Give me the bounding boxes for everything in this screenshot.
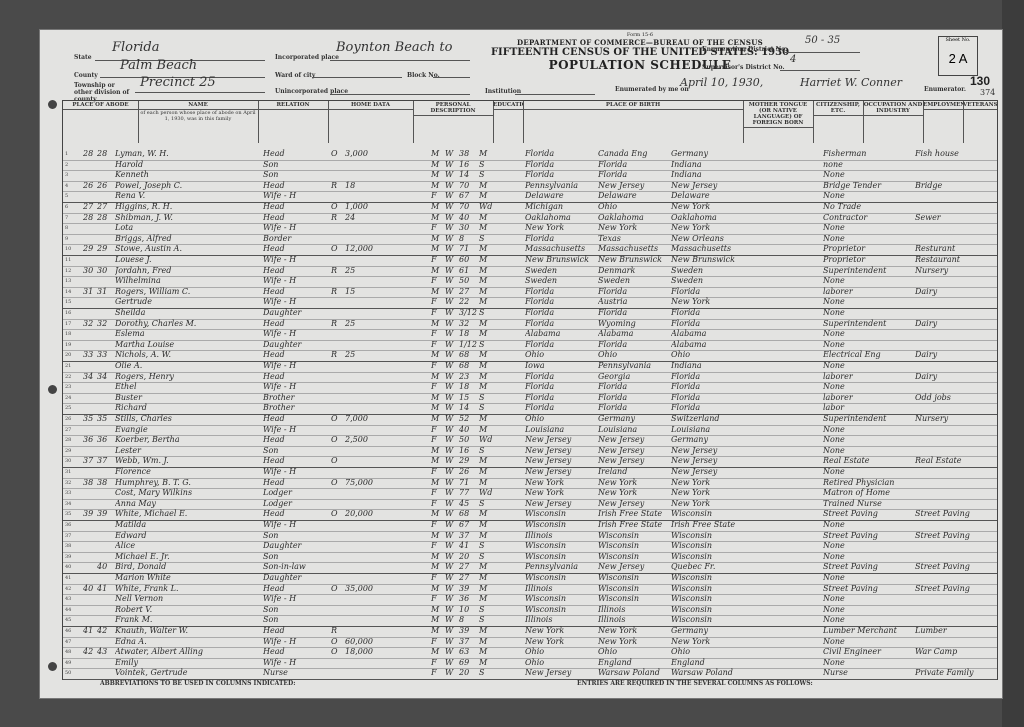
cell-fbp: Ohio <box>598 647 668 658</box>
cell-n: 38 <box>65 541 75 552</box>
cell-race: W <box>445 297 457 308</box>
cell-dw <box>83 562 95 573</box>
cell-name: Alice <box>115 541 255 552</box>
sheet-label: Sheet No. <box>939 37 977 43</box>
cell-occ: laborer <box>823 393 913 404</box>
cell-own <box>331 297 343 308</box>
sheet-value: 2 A <box>939 51 977 66</box>
cell-sex: F <box>431 276 443 287</box>
cell-age: 16 <box>459 160 477 171</box>
cell-age: 37 <box>459 637 477 648</box>
cell-dw: 39 <box>83 509 95 520</box>
cell-bp: Massachusetts <box>525 244 595 255</box>
cell-ind: Private Family <box>915 668 975 679</box>
cell-dw: 31 <box>83 287 95 298</box>
cell-n: 3 <box>65 170 75 181</box>
cell-ms: M <box>479 658 493 669</box>
page-number: 130 <box>970 74 990 88</box>
cell-fam <box>97 531 111 542</box>
cell-ms: M <box>479 425 493 436</box>
cell-ind <box>915 467 975 478</box>
cell-sex: F <box>431 191 443 202</box>
cell-name: Martha Louise <box>115 340 255 351</box>
cell-n: 45 <box>65 615 75 626</box>
cell-bp: Alabama <box>525 329 595 340</box>
cell-own <box>331 668 343 679</box>
cell-ms: Wd <box>479 488 493 499</box>
cell-bp: Florida <box>525 160 595 171</box>
cell-occ: Superintendent <box>823 319 913 330</box>
cell-fam: 28 <box>97 213 111 224</box>
cell-ms: M <box>479 647 493 658</box>
cell-race: W <box>445 541 457 552</box>
cell-occ: None <box>823 340 913 351</box>
cell-n: 5 <box>65 191 75 202</box>
cell-name: Kenneth <box>115 170 255 181</box>
cell-n: 39 <box>65 552 75 563</box>
cell-sex: F <box>431 382 443 393</box>
cell-age: 8 <box>459 615 477 626</box>
cell-n: 25 <box>65 403 75 414</box>
cell-race: W <box>445 244 457 255</box>
cell-bp: New Jersey <box>525 668 595 679</box>
cell-val <box>345 626 385 637</box>
cell-val: 25 <box>345 266 385 277</box>
cell-own <box>331 393 343 404</box>
cell-sex: M <box>431 562 443 573</box>
cell-mbp: New York <box>671 223 741 234</box>
cell-occ: None <box>823 223 913 234</box>
cell-mbp: Louisiana <box>671 425 741 436</box>
cell-bp: New York <box>525 637 595 648</box>
cell-val <box>345 340 385 351</box>
cell-name: Matilda <box>115 520 255 531</box>
cell-n: 10 <box>65 244 75 255</box>
cell-ms: M <box>479 255 493 266</box>
cell-ms: S <box>479 340 493 351</box>
cell-dw <box>83 297 95 308</box>
cell-ms: S <box>479 552 493 563</box>
census-table: PLACE OF ABODE NAMEof each person whose … <box>62 100 998 680</box>
cell-age: 37 <box>459 531 477 542</box>
cell-val <box>345 541 385 552</box>
cell-n: 18 <box>65 329 75 340</box>
cell-sex: M <box>431 287 443 298</box>
cell-fam: 27 <box>97 202 111 213</box>
cell-age: 10 <box>459 605 477 616</box>
cell-name: Vointek, Gertrude <box>115 668 255 679</box>
cell-fam <box>97 160 111 171</box>
cell-occ: Electrical Eng <box>823 350 913 361</box>
cell-sex: F <box>431 297 443 308</box>
cell-dw <box>83 340 95 351</box>
cell-own <box>331 223 343 234</box>
cell-mbp: Wisconsin <box>671 594 741 605</box>
cell-bp: Michigan <box>525 202 595 213</box>
cell-bp: Florida <box>525 234 595 245</box>
cell-dw <box>83 499 95 510</box>
cell-ms: S <box>479 403 493 414</box>
cell-rel: Wife - H <box>263 520 323 531</box>
cell-bp: New York <box>525 223 595 234</box>
cell-n: 1 <box>65 149 75 160</box>
cell-mbp: Indiana <box>671 160 741 171</box>
cell-ind: Fish house <box>915 149 975 160</box>
cell-dw <box>83 308 95 319</box>
cell-bp: Delaware <box>525 191 595 202</box>
cell-rel: Son <box>263 615 323 626</box>
cell-sex: M <box>431 160 443 171</box>
cell-age: 16 <box>459 446 477 457</box>
cell-mbp: Florida <box>671 308 741 319</box>
cell-ind <box>915 499 975 510</box>
cell-fbp: New Jersey <box>598 446 668 457</box>
cell-mbp: New Brunswick <box>671 255 741 266</box>
cell-occ: Fisherman <box>823 149 913 160</box>
cell-name: Cost, Mary Wilkins <box>115 488 255 499</box>
cell-val: 2,500 <box>345 435 385 446</box>
cell-dw: 37 <box>83 456 95 467</box>
cell-age: 50 <box>459 276 477 287</box>
cell-ms: M <box>479 372 493 383</box>
cell-name: Rogers, William C. <box>115 287 255 298</box>
cell-bp: Wisconsin <box>525 509 595 520</box>
cell-ms: M <box>479 414 493 425</box>
block-line <box>433 65 470 78</box>
cell-ms: S <box>479 499 493 510</box>
cell-ms: S <box>479 160 493 171</box>
cell-ind <box>915 615 975 626</box>
cell-ind: Dairy <box>915 372 975 383</box>
cell-sex: F <box>431 425 443 436</box>
cell-age: 50 <box>459 435 477 446</box>
cell-fam <box>97 255 111 266</box>
cell-ms: S <box>479 605 493 616</box>
punch-hole <box>48 385 57 394</box>
cell-val <box>345 308 385 319</box>
cell-sex: M <box>431 605 443 616</box>
cell-mbp: Alabama <box>671 329 741 340</box>
cell-bp: Wisconsin <box>525 594 595 605</box>
cell-fbp: New Jersey <box>598 181 668 192</box>
cell-occ: Civil Engineer <box>823 647 913 658</box>
cell-fbp: Massachusetts <box>598 244 668 255</box>
cell-name: Lester <box>115 446 255 457</box>
cell-age: 69 <box>459 658 477 669</box>
cell-race: W <box>445 509 457 520</box>
cell-name: Webb, Wm. J. <box>115 456 255 467</box>
cell-own <box>331 372 343 383</box>
cell-name: Emily <box>115 658 255 669</box>
cell-sex: M <box>431 403 443 414</box>
cell-dw: 36 <box>83 435 95 446</box>
cell-ind: Nursery <box>915 266 975 277</box>
enumerator-name: Harriet W. Conner <box>800 76 902 89</box>
cell-fam <box>97 191 111 202</box>
cell-fbp: New York <box>598 637 668 648</box>
cell-fbp: Wyoming <box>598 319 668 330</box>
cell-mbp: Alabama <box>671 340 741 351</box>
cell-race: W <box>445 658 457 669</box>
cell-bp: New York <box>525 478 595 489</box>
cell-race: W <box>445 223 457 234</box>
cell-mbp: Wisconsin <box>671 541 741 552</box>
cell-val: 75,000 <box>345 478 385 489</box>
cell-bp: New Jersey <box>525 499 595 510</box>
cell-val: 12,000 <box>345 244 385 255</box>
cell-fam <box>97 668 111 679</box>
cell-ind <box>915 573 975 584</box>
cell-rel: Head <box>263 202 323 213</box>
cell-race: W <box>445 329 457 340</box>
cell-name: Jordahn, Fred <box>115 266 255 277</box>
cell-dw: 38 <box>83 478 95 489</box>
cell-name: Rogers, Henry <box>115 372 255 383</box>
cell-bp: Illinois <box>525 615 595 626</box>
cell-sex: M <box>431 234 443 245</box>
cell-n: 6 <box>65 202 75 213</box>
cell-race: W <box>445 340 457 351</box>
cell-bp: Florida <box>525 393 595 404</box>
cell-occ: None <box>823 637 913 648</box>
cell-own <box>331 562 343 573</box>
cell-n: 21 <box>65 361 75 372</box>
cell-sex: M <box>431 149 443 160</box>
cell-n: 26 <box>65 414 75 425</box>
cell-fbp: New York <box>598 626 668 637</box>
cell-fam: 31 <box>97 287 111 298</box>
cell-rel: Head <box>263 435 323 446</box>
cell-rel: Wife - H <box>263 637 323 648</box>
cell-race: W <box>445 573 457 584</box>
cell-race: W <box>445 467 457 478</box>
cell-own <box>331 361 343 372</box>
cell-val <box>345 467 385 478</box>
cell-fbp: Ireland <box>598 467 668 478</box>
cell-n: 27 <box>65 425 75 436</box>
cell-ind: Bridge <box>915 181 975 192</box>
cell-n: 35 <box>65 509 75 520</box>
cell-bp: Louisiana <box>525 425 595 436</box>
supervisor-value: 4 <box>790 54 796 65</box>
cell-own <box>331 329 343 340</box>
cell-occ: Superintendent <box>823 414 913 425</box>
cell-sex: F <box>431 488 443 499</box>
cell-val: 15 <box>345 287 385 298</box>
cell-name: Koerber, Bertha <box>115 435 255 446</box>
cell-race: W <box>445 552 457 563</box>
cell-fbp: Ohio <box>598 350 668 361</box>
cell-fbp: Alabama <box>598 329 668 340</box>
cell-ms: M <box>479 562 493 573</box>
cell-own <box>331 234 343 245</box>
cell-own: O <box>331 202 343 213</box>
cell-dw <box>83 425 95 436</box>
cell-age: 18 <box>459 329 477 340</box>
cell-race: W <box>445 562 457 573</box>
cell-occ: None <box>823 658 913 669</box>
cell-val <box>345 605 385 616</box>
cell-rel: Head <box>263 244 323 255</box>
cell-ind <box>915 637 975 648</box>
cell-occ: No Trade <box>823 202 913 213</box>
cell-age: 20 <box>459 668 477 679</box>
cell-val: 20,000 <box>345 509 385 520</box>
cell-fam <box>97 615 111 626</box>
cell-sex: F <box>431 308 443 319</box>
cell-age: 61 <box>459 266 477 277</box>
cell-fam <box>97 573 111 584</box>
cell-race: W <box>445 499 457 510</box>
cell-ms: M <box>479 319 493 330</box>
cell-age: 40 <box>459 425 477 436</box>
cell-ms: M <box>479 637 493 648</box>
cell-mbp: Sweden <box>671 276 741 287</box>
cell-ind <box>915 488 975 499</box>
cell-fam: 36 <box>97 435 111 446</box>
cell-sex: M <box>431 181 443 192</box>
abbreviations-title: ABBREVIATIONS TO BE USED IN COLUMNS INDI… <box>100 680 295 687</box>
cell-rel: Wife - H <box>263 276 323 287</box>
cell-age: 71 <box>459 478 477 489</box>
cell-own <box>331 446 343 457</box>
cell-occ: none <box>823 160 913 171</box>
cell-name: White, Frank L. <box>115 584 255 595</box>
enumerated-date: April 10, 1930, <box>680 76 763 89</box>
cell-fam: 35 <box>97 414 111 425</box>
cell-dw: 33 <box>83 350 95 361</box>
cell-n: 29 <box>65 446 75 457</box>
cell-fam <box>97 467 111 478</box>
cell-occ: laborer <box>823 287 913 298</box>
cell-fbp: Germany <box>598 414 668 425</box>
cell-ind <box>915 520 975 531</box>
cell-race: W <box>445 478 457 489</box>
cell-fbp: Canada Eng <box>598 149 668 160</box>
cell-n: 15 <box>65 297 75 308</box>
cell-ind: Lumber <box>915 626 975 637</box>
cell-n: 8 <box>65 223 75 234</box>
cell-occ: None <box>823 605 913 616</box>
cell-bp: Wisconsin <box>525 552 595 563</box>
cell-ind <box>915 191 975 202</box>
cell-val <box>345 488 385 499</box>
cell-race: W <box>445 160 457 171</box>
cell-ms: M <box>479 213 493 224</box>
cell-sex: F <box>431 223 443 234</box>
cell-own: O <box>331 456 343 467</box>
cell-bp: Pennsylvania <box>525 562 595 573</box>
cell-fam <box>97 520 111 531</box>
cell-dw: 27 <box>83 202 95 213</box>
cell-ms: M <box>479 594 493 605</box>
cell-occ: None <box>823 594 913 605</box>
cell-rel: Son-in-law <box>263 562 323 573</box>
cell-age: 67 <box>459 520 477 531</box>
cell-n: 4 <box>65 181 75 192</box>
cell-race: W <box>445 435 457 446</box>
cell-val <box>345 191 385 202</box>
cell-age: 68 <box>459 509 477 520</box>
cell-own: R <box>331 319 343 330</box>
cell-own: R <box>331 213 343 224</box>
cell-sex: M <box>431 266 443 277</box>
cell-name: Briggs, Alfred <box>115 234 255 245</box>
cell-dw: 29 <box>83 244 95 255</box>
cell-fbp: New Jersey <box>598 456 668 467</box>
county-label: County <box>74 72 98 79</box>
cell-ind <box>915 403 975 414</box>
cell-race: W <box>445 425 457 436</box>
cell-dw: 34 <box>83 372 95 383</box>
cell-sex: M <box>431 393 443 404</box>
cell-sex: F <box>431 541 443 552</box>
cell-name: Stowe, Austin A. <box>115 244 255 255</box>
cell-dw <box>83 446 95 457</box>
cell-val <box>345 531 385 542</box>
ward-line <box>312 65 402 78</box>
cell-race: W <box>445 605 457 616</box>
cell-rel: Son <box>263 160 323 171</box>
cell-sex: F <box>431 594 443 605</box>
cell-sex: F <box>431 573 443 584</box>
cell-ind: Street Paving <box>915 509 975 520</box>
cell-name: Eslema <box>115 329 255 340</box>
cell-ind: Nursery <box>915 414 975 425</box>
cell-ind <box>915 361 975 372</box>
cell-ind: Street Paving <box>915 584 975 595</box>
cell-own: O <box>331 584 343 595</box>
cell-mbp: Florida <box>671 403 741 414</box>
cell-mbp: New Jersey <box>671 181 741 192</box>
cell-val: 35,000 <box>345 584 385 595</box>
cell-val: 24 <box>345 213 385 224</box>
cell-ind: Street Paving <box>915 562 975 573</box>
cell-fbp: Sweden <box>598 276 668 287</box>
cell-fam <box>97 340 111 351</box>
cell-fam <box>97 234 111 245</box>
township-value: Precinct 25 <box>140 75 216 90</box>
cell-fam <box>97 637 111 648</box>
cell-fbp: Florida <box>598 160 668 171</box>
cell-occ: Street Paving <box>823 531 913 542</box>
cell-occ: None <box>823 361 913 372</box>
cell-dw <box>83 403 95 414</box>
cell-n: 40 <box>65 562 75 573</box>
cell-n: 22 <box>65 372 75 383</box>
cell-ind <box>915 234 975 245</box>
cell-mbp: England <box>671 658 741 669</box>
cell-name: Michael E. Jr. <box>115 552 255 563</box>
cell-dw: 28 <box>83 149 95 160</box>
cell-race: W <box>445 255 457 266</box>
cell-ms: Wd <box>479 202 493 213</box>
col-veterans: VETERANS <box>963 101 997 143</box>
cell-occ: None <box>823 425 913 436</box>
cell-age: 27 <box>459 573 477 584</box>
cell-fbp: Florida <box>598 382 668 393</box>
cell-name: Buster <box>115 393 255 404</box>
cell-rel: Head <box>263 372 323 383</box>
cell-val <box>345 276 385 287</box>
cell-sex: M <box>431 509 443 520</box>
cell-fam: 39 <box>97 509 111 520</box>
cell-age: 63 <box>459 647 477 658</box>
cell-mbp: Ohio <box>671 350 741 361</box>
cell-ms: M <box>479 456 493 467</box>
cell-fam: 29 <box>97 244 111 255</box>
cell-mbp: Irish Free State <box>671 520 741 531</box>
